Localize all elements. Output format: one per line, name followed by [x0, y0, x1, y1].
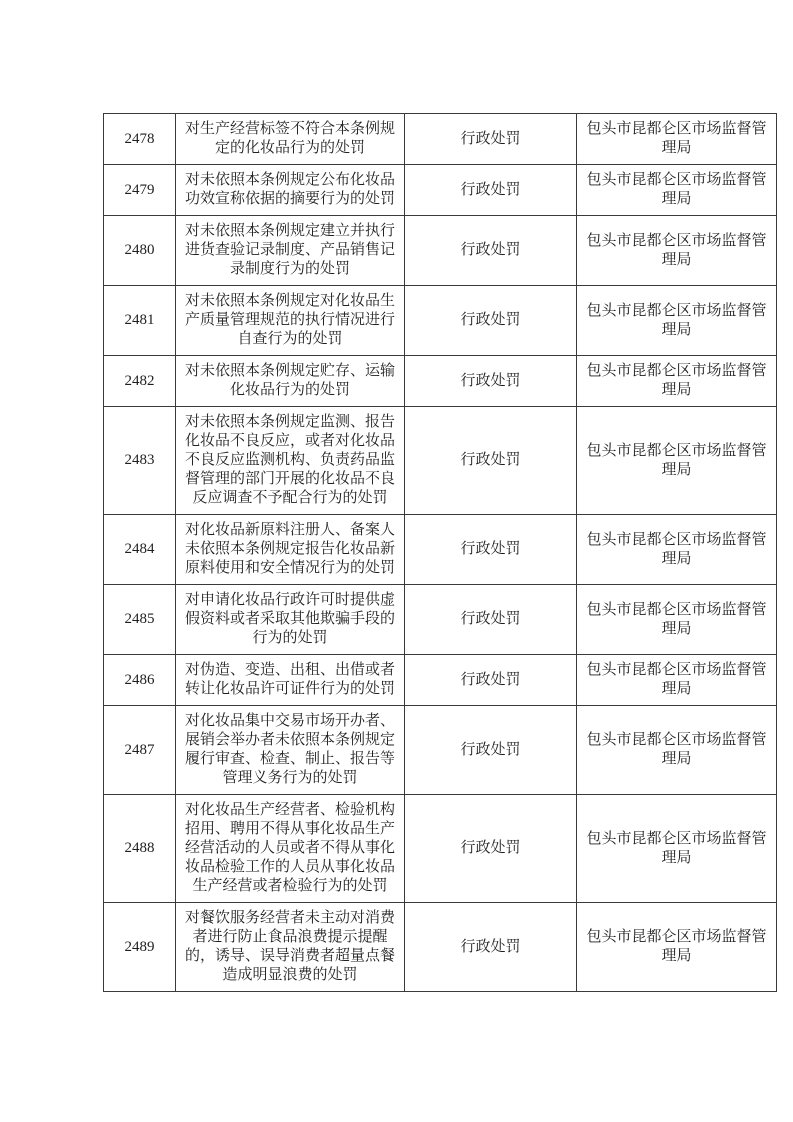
authority-cell: 包头市昆都仑区市场监督管 理局 [577, 114, 777, 165]
matter-cell: 对未依照本条例规定对化妆品生 产质量管理规范的执行情况进行 自查行为的处罚 [176, 286, 405, 356]
row-id-cell: 2488 [104, 795, 176, 903]
penalty-type-cell: 行政处罚 [405, 706, 577, 795]
penalty-type-cell: 行政处罚 [405, 286, 577, 356]
penalty-type-cell: 行政处罚 [405, 585, 577, 655]
penalty-type-cell: 行政处罚 [405, 407, 577, 515]
row-id-cell: 2484 [104, 515, 176, 585]
authority-cell: 包头市昆都仑区市场监督管 理局 [577, 356, 777, 407]
table-row: 2481 对未依照本条例规定对化妆品生 产质量管理规范的执行情况进行 自查行为的… [104, 286, 777, 356]
matter-cell: 对化妆品生产经营者、检验机构 招用、聘用不得从事化妆品生产 经营活动的人员或者不… [176, 795, 405, 903]
document-page: 2478 对生产经营标签不符合本条例规 定的化妆品行为的处罚 行政处罚 包头市昆… [0, 0, 793, 1122]
table-row: 2485 对申请化妆品行政许可时提供虚 假资料或者采取其他欺骗手段的 行为的处罚… [104, 585, 777, 655]
authority-cell: 包头市昆都仑区市场监督管 理局 [577, 515, 777, 585]
authority-cell: 包头市昆都仑区市场监督管 理局 [577, 585, 777, 655]
authority-cell: 包头市昆都仑区市场监督管 理局 [577, 165, 777, 216]
penalty-type-cell: 行政处罚 [405, 515, 577, 585]
table-row: 2482 对未依照本条例规定贮存、运输 化妆品行为的处罚 行政处罚 包头市昆都仑… [104, 356, 777, 407]
penalty-table-container: 2478 对生产经营标签不符合本条例规 定的化妆品行为的处罚 行政处罚 包头市昆… [103, 113, 776, 992]
matter-cell: 对未依照本条例规定贮存、运输 化妆品行为的处罚 [176, 356, 405, 407]
penalty-type-cell: 行政处罚 [405, 114, 577, 165]
authority-cell: 包头市昆都仑区市场监督管 理局 [577, 655, 777, 706]
table-row: 2489 对餐饮服务经营者未主动对消费 者进行防止食品浪费提示提醒 的，诱导、误… [104, 903, 777, 992]
row-id-cell: 2478 [104, 114, 176, 165]
authority-cell: 包头市昆都仑区市场监督管 理局 [577, 706, 777, 795]
authority-cell: 包头市昆都仑区市场监督管 理局 [577, 795, 777, 903]
table-row: 2486 对伪造、变造、出租、出借或者 转让化妆品许可证件行为的处罚 行政处罚 … [104, 655, 777, 706]
penalty-type-cell: 行政处罚 [405, 655, 577, 706]
penalty-table: 2478 对生产经营标签不符合本条例规 定的化妆品行为的处罚 行政处罚 包头市昆… [103, 113, 777, 992]
authority-cell: 包头市昆都仑区市场监督管 理局 [577, 286, 777, 356]
matter-cell: 对未依照本条例规定公布化妆品 功效宣称依据的摘要行为的处罚 [176, 165, 405, 216]
table-row: 2483 对未依照本条例规定监测、报告 化妆品不良反应，或者对化妆品 不良反应监… [104, 407, 777, 515]
row-id-cell: 2482 [104, 356, 176, 407]
row-id-cell: 2487 [104, 706, 176, 795]
penalty-type-cell: 行政处罚 [405, 216, 577, 286]
matter-cell: 对伪造、变造、出租、出借或者 转让化妆品许可证件行为的处罚 [176, 655, 405, 706]
penalty-type-cell: 行政处罚 [405, 903, 577, 992]
table-row: 2479 对未依照本条例规定公布化妆品 功效宣称依据的摘要行为的处罚 行政处罚 … [104, 165, 777, 216]
row-id-cell: 2480 [104, 216, 176, 286]
row-id-cell: 2489 [104, 903, 176, 992]
matter-cell: 对餐饮服务经营者未主动对消费 者进行防止食品浪费提示提醒 的，诱导、误导消费者超… [176, 903, 405, 992]
table-row: 2478 对生产经营标签不符合本条例规 定的化妆品行为的处罚 行政处罚 包头市昆… [104, 114, 777, 165]
authority-cell: 包头市昆都仑区市场监督管 理局 [577, 407, 777, 515]
row-id-cell: 2483 [104, 407, 176, 515]
row-id-cell: 2481 [104, 286, 176, 356]
penalty-type-cell: 行政处罚 [405, 356, 577, 407]
row-id-cell: 2479 [104, 165, 176, 216]
table-row: 2488 对化妆品生产经营者、检验机构 招用、聘用不得从事化妆品生产 经营活动的… [104, 795, 777, 903]
matter-cell: 对申请化妆品行政许可时提供虚 假资料或者采取其他欺骗手段的 行为的处罚 [176, 585, 405, 655]
table-row: 2480 对未依照本条例规定建立并执行 进货查验记录制度、产品销售记 录制度行为… [104, 216, 777, 286]
table-row: 2484 对化妆品新原料注册人、备案人 未依照本条例规定报告化妆品新 原料使用和… [104, 515, 777, 585]
matter-cell: 对未依照本条例规定监测、报告 化妆品不良反应，或者对化妆品 不良反应监测机构、负… [176, 407, 405, 515]
row-id-cell: 2485 [104, 585, 176, 655]
matter-cell: 对生产经营标签不符合本条例规 定的化妆品行为的处罚 [176, 114, 405, 165]
matter-cell: 对化妆品集中交易市场开办者、 展销会举办者未依照本条例规定 履行审查、检查、制止… [176, 706, 405, 795]
authority-cell: 包头市昆都仑区市场监督管 理局 [577, 903, 777, 992]
table-row: 2487 对化妆品集中交易市场开办者、 展销会举办者未依照本条例规定 履行审查、… [104, 706, 777, 795]
row-id-cell: 2486 [104, 655, 176, 706]
penalty-type-cell: 行政处罚 [405, 795, 577, 903]
penalty-type-cell: 行政处罚 [405, 165, 577, 216]
authority-cell: 包头市昆都仑区市场监督管 理局 [577, 216, 777, 286]
matter-cell: 对化妆品新原料注册人、备案人 未依照本条例规定报告化妆品新 原料使用和安全情况行… [176, 515, 405, 585]
matter-cell: 对未依照本条例规定建立并执行 进货查验记录制度、产品销售记 录制度行为的处罚 [176, 216, 405, 286]
